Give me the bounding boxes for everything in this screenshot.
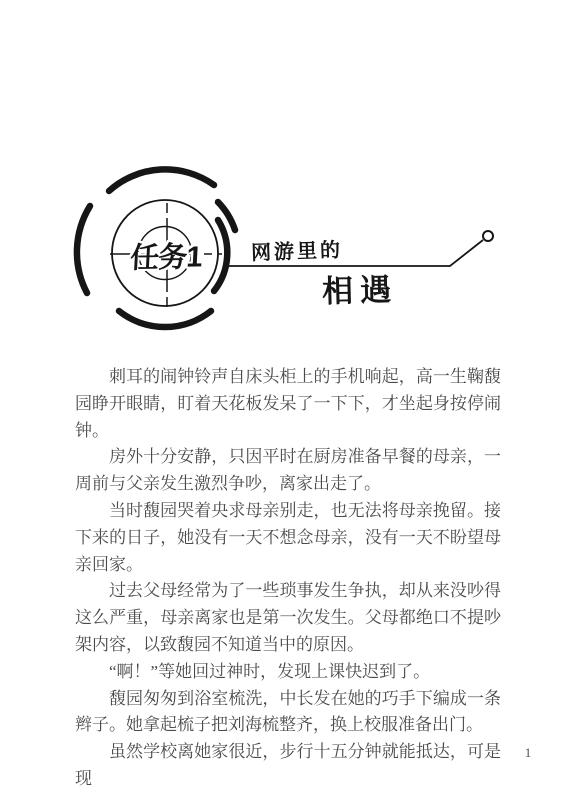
- paragraph: “啊！”等她回过神时，发现上课快迟到了。: [75, 659, 501, 686]
- paragraph: 馥园匆匆到浴室梳洗，中长发在她的巧手下编成一条辫子。她拿起梳子把刘海梳整齐，换上…: [75, 686, 501, 740]
- target-crosshair-icon: [0, 0, 575, 345]
- book-page: 任务1 网游里的 相遇 刺耳的闹钟铃声自床头柜上的手机响起，高一生鞠馥园睁开眼睛…: [0, 0, 575, 800]
- paragraph: 房外十分安静，只因平时在厨房准备早餐的母亲，一周前与父亲发生激烈争吵，离家出走了…: [75, 444, 501, 498]
- paragraph: 过去父母经常为了一些琐事发生争执，却从来没吵得这么严重，母亲离家也是第一次发生。…: [75, 578, 501, 658]
- chapter-title: 相遇: [321, 264, 398, 311]
- body-text: 刺耳的闹钟铃声自床头柜上的手机响起，高一生鞠馥园睁开眼睛，盯着天花板发呆了一下下…: [75, 364, 501, 793]
- chapter-subtitle: 网游里的: [251, 233, 344, 265]
- chapter-header: 任务1 网游里的 相遇: [0, 0, 575, 345]
- paragraph: 虽然学校离她家很近，步行十五分钟就能抵达，可是现: [75, 739, 501, 793]
- callout-end-circle: [483, 231, 493, 241]
- paragraph: 刺耳的闹钟铃声自床头柜上的手机响起，高一生鞠馥园睁开眼睛，盯着天花板发呆了一下下…: [75, 364, 501, 444]
- paragraph: 当时馥园哭着央求母亲别走，也无法将母亲挽留。接下来的日子，她没有一天不想念母亲，…: [75, 498, 501, 578]
- task-badge-label: 任务1: [112, 237, 220, 273]
- page-number: 1: [520, 745, 536, 761]
